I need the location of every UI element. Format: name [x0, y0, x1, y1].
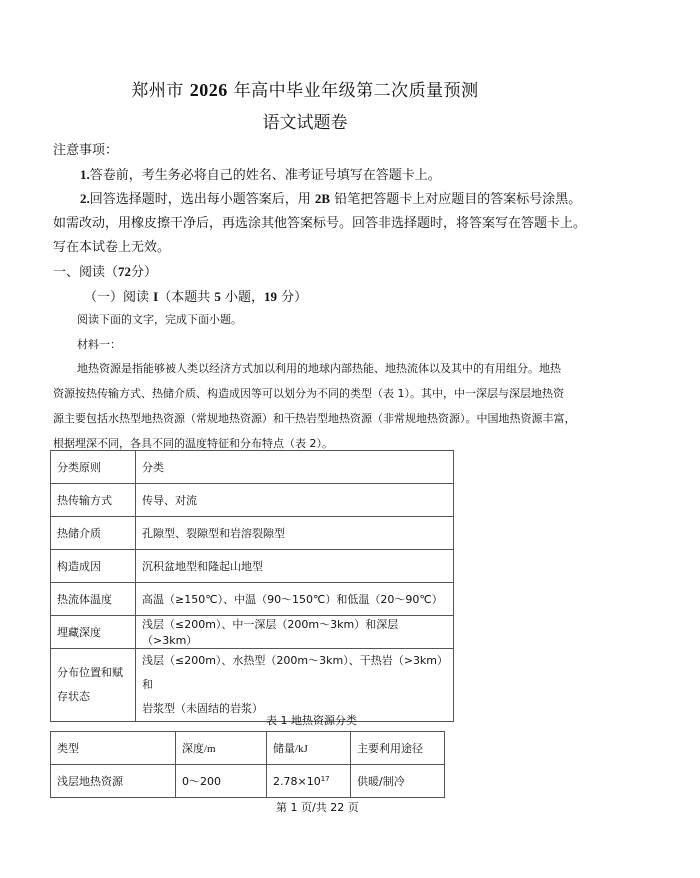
note-item-2-pencil: 2B [315, 191, 330, 206]
table-cell: 供暖/制冷 [351, 765, 445, 798]
paragraph-line-4: 根据埋深不同，各具不同的温度特征和分布特点（表 2）。 [53, 435, 333, 451]
note-item-2-number: 2. [80, 191, 90, 206]
subsection-score: 19 [264, 289, 277, 304]
table-cell: 浅层地热资源 [51, 765, 176, 798]
table-header-cell: 储量/kJ [267, 732, 351, 765]
table-cell: 埋藏深度 [51, 616, 136, 649]
cell-line: 浅层（≤200m）、水热型（200m～3km）、干热岩（>3km）和 [142, 649, 447, 697]
table-cell: 2.78×1017 [267, 765, 351, 798]
paragraph-line-2: 资源按热传输方式、热储介质、构造成因等可以划分为不同的类型（表 1）。其中，中一… [53, 385, 564, 401]
note-item-2-text-a: 回答选择题时，选出每小题答案后，用 [90, 192, 315, 207]
note-item-2-text-b: 铅笔把答题卡上对应题目的答案标号涂黑。 [330, 192, 581, 207]
table-cell: 浅层（≤200m）、水热型（200m～3km）、干热岩（>3km）和 岩浆型（未… [136, 649, 454, 722]
subsection-text-d: 分） [277, 290, 307, 305]
table-header-cell: 主要利用途径 [351, 732, 445, 765]
table-cell: 热储介质 [51, 517, 136, 550]
table-row: 热传输方式 传导、对流 [51, 484, 454, 517]
section-score: 72 [118, 264, 131, 279]
geothermal-resources-table: 类型 深度/m 储量/kJ 主要利用途径 浅层地热资源 0～200 2.78×1… [50, 731, 445, 798]
title-year: 2026 [190, 80, 228, 100]
table-row: 埋藏深度 浅层（≤200m）、中一深层（200m～3km）和深层（>3km） [51, 616, 454, 649]
subsection-text-c: 小题， [221, 290, 264, 305]
table-cell: 高温（≥150℃）、中温（90～150℃）和低温（20～90℃） [136, 583, 454, 616]
subsection-heading: （一）阅读 I（本题共 5 小题，19 分） [84, 286, 307, 305]
table-1-caption: 表 1 地热资源分类 [266, 712, 357, 728]
title-suffix: 年高中毕业年级第二次质量预测 [234, 81, 479, 101]
reserve-base: 2.78×10 [273, 775, 321, 788]
table-header-cell: 深度/m [176, 732, 267, 765]
table-header-row: 类型 深度/m 储量/kJ 主要利用途径 [51, 732, 445, 765]
note-item-1: 1.答卷前，考生务必将自己的姓名、准考证号填写在答题卡上。 [80, 164, 441, 183]
note-item-2: 2.回答选择题时，选出每小题答案后，用 2B 铅笔把答题卡上对应题目的答案标号涂… [80, 188, 581, 207]
material-label: 材料一： [77, 336, 121, 352]
subsection-prefix: （一）阅读 [84, 290, 153, 305]
table-row: 分布位置和赋 存状态 浅层（≤200m）、水热型（200m～3km）、干热岩（>… [51, 649, 454, 722]
table-row: 热储介质 孔隙型、裂隙型和岩溶裂隙型 [51, 517, 454, 550]
table-cell: 构造成因 [51, 550, 136, 583]
reserve-exponent: 17 [321, 775, 330, 783]
geothermal-classification-table: 分类原则 分类 热传输方式 传导、对流 热储介质 孔隙型、裂隙型和岩溶裂隙型 构… [50, 450, 454, 722]
table-cell: 热流体温度 [51, 583, 136, 616]
table-header-cell: 分类 [136, 451, 454, 484]
table-cell: 浅层（≤200m）、中一深层（200m～3km）和深层（>3km） [136, 616, 454, 649]
table-header-row: 分类原则 分类 [51, 451, 454, 484]
document-subtitle: 语文试题卷 [0, 108, 610, 133]
note-item-2-line-3: 写在本试卷上无效。 [53, 236, 170, 255]
note-item-1-text: 答卷前，考生务必将自己的姓名、准考证号填写在答题卡上。 [90, 168, 441, 183]
title-prefix: 郑州市 [131, 81, 184, 101]
table-header-cell: 类型 [51, 732, 176, 765]
notes-heading: 注意事项： [53, 139, 118, 158]
cell-line: 分布位置和赋 [57, 661, 129, 685]
paragraph-line-1: 地热资源是指能够被人类以经济方式加以利用的地球内部热能、地热流体以及其中的有用组… [77, 360, 561, 376]
subsection-text-b: （本题共 [158, 290, 214, 305]
table-header-cell: 分类原则 [51, 451, 136, 484]
table-cell: 沉积盆地型和隆起山地型 [136, 550, 454, 583]
table-row: 浅层地热资源 0～200 2.78×1017 供暖/制冷 [51, 765, 445, 798]
table-cell: 分布位置和赋 存状态 [51, 649, 136, 722]
page-number: 第 1 页/共 22 页 [276, 799, 359, 815]
section-heading-end: 分） [131, 265, 157, 280]
note-item-1-number: 1. [80, 167, 90, 182]
cell-line: 存状态 [57, 685, 129, 709]
section-heading: 一、阅读（72分） [53, 261, 157, 280]
note-item-2-line-2: 如需改动，用橡皮擦干净后，再选涂其他答案标号。回答非选择题时，将答案写在答题卡上… [53, 212, 586, 231]
paragraph-line-3: 源主要包括水热型地热资源（常规地热资源）和干热岩型地热资源（非常规地热资源）。中… [53, 410, 576, 426]
table-row: 构造成因 沉积盆地型和隆起山地型 [51, 550, 454, 583]
table-cell: 热传输方式 [51, 484, 136, 517]
table-cell: 孔隙型、裂隙型和岩溶裂隙型 [136, 517, 454, 550]
table-row: 热流体温度 高温（≥150℃）、中温（90～150℃）和低温（20～90℃） [51, 583, 454, 616]
section-heading-text: 一、阅读（ [53, 265, 118, 280]
document-title: 郑州市 2026 年高中毕业年级第二次质量预测 [0, 76, 610, 101]
instruction-text: 阅读下面的文字，完成下面小题。 [77, 311, 242, 327]
table-cell: 0～200 [176, 765, 267, 798]
table-cell: 传导、对流 [136, 484, 454, 517]
